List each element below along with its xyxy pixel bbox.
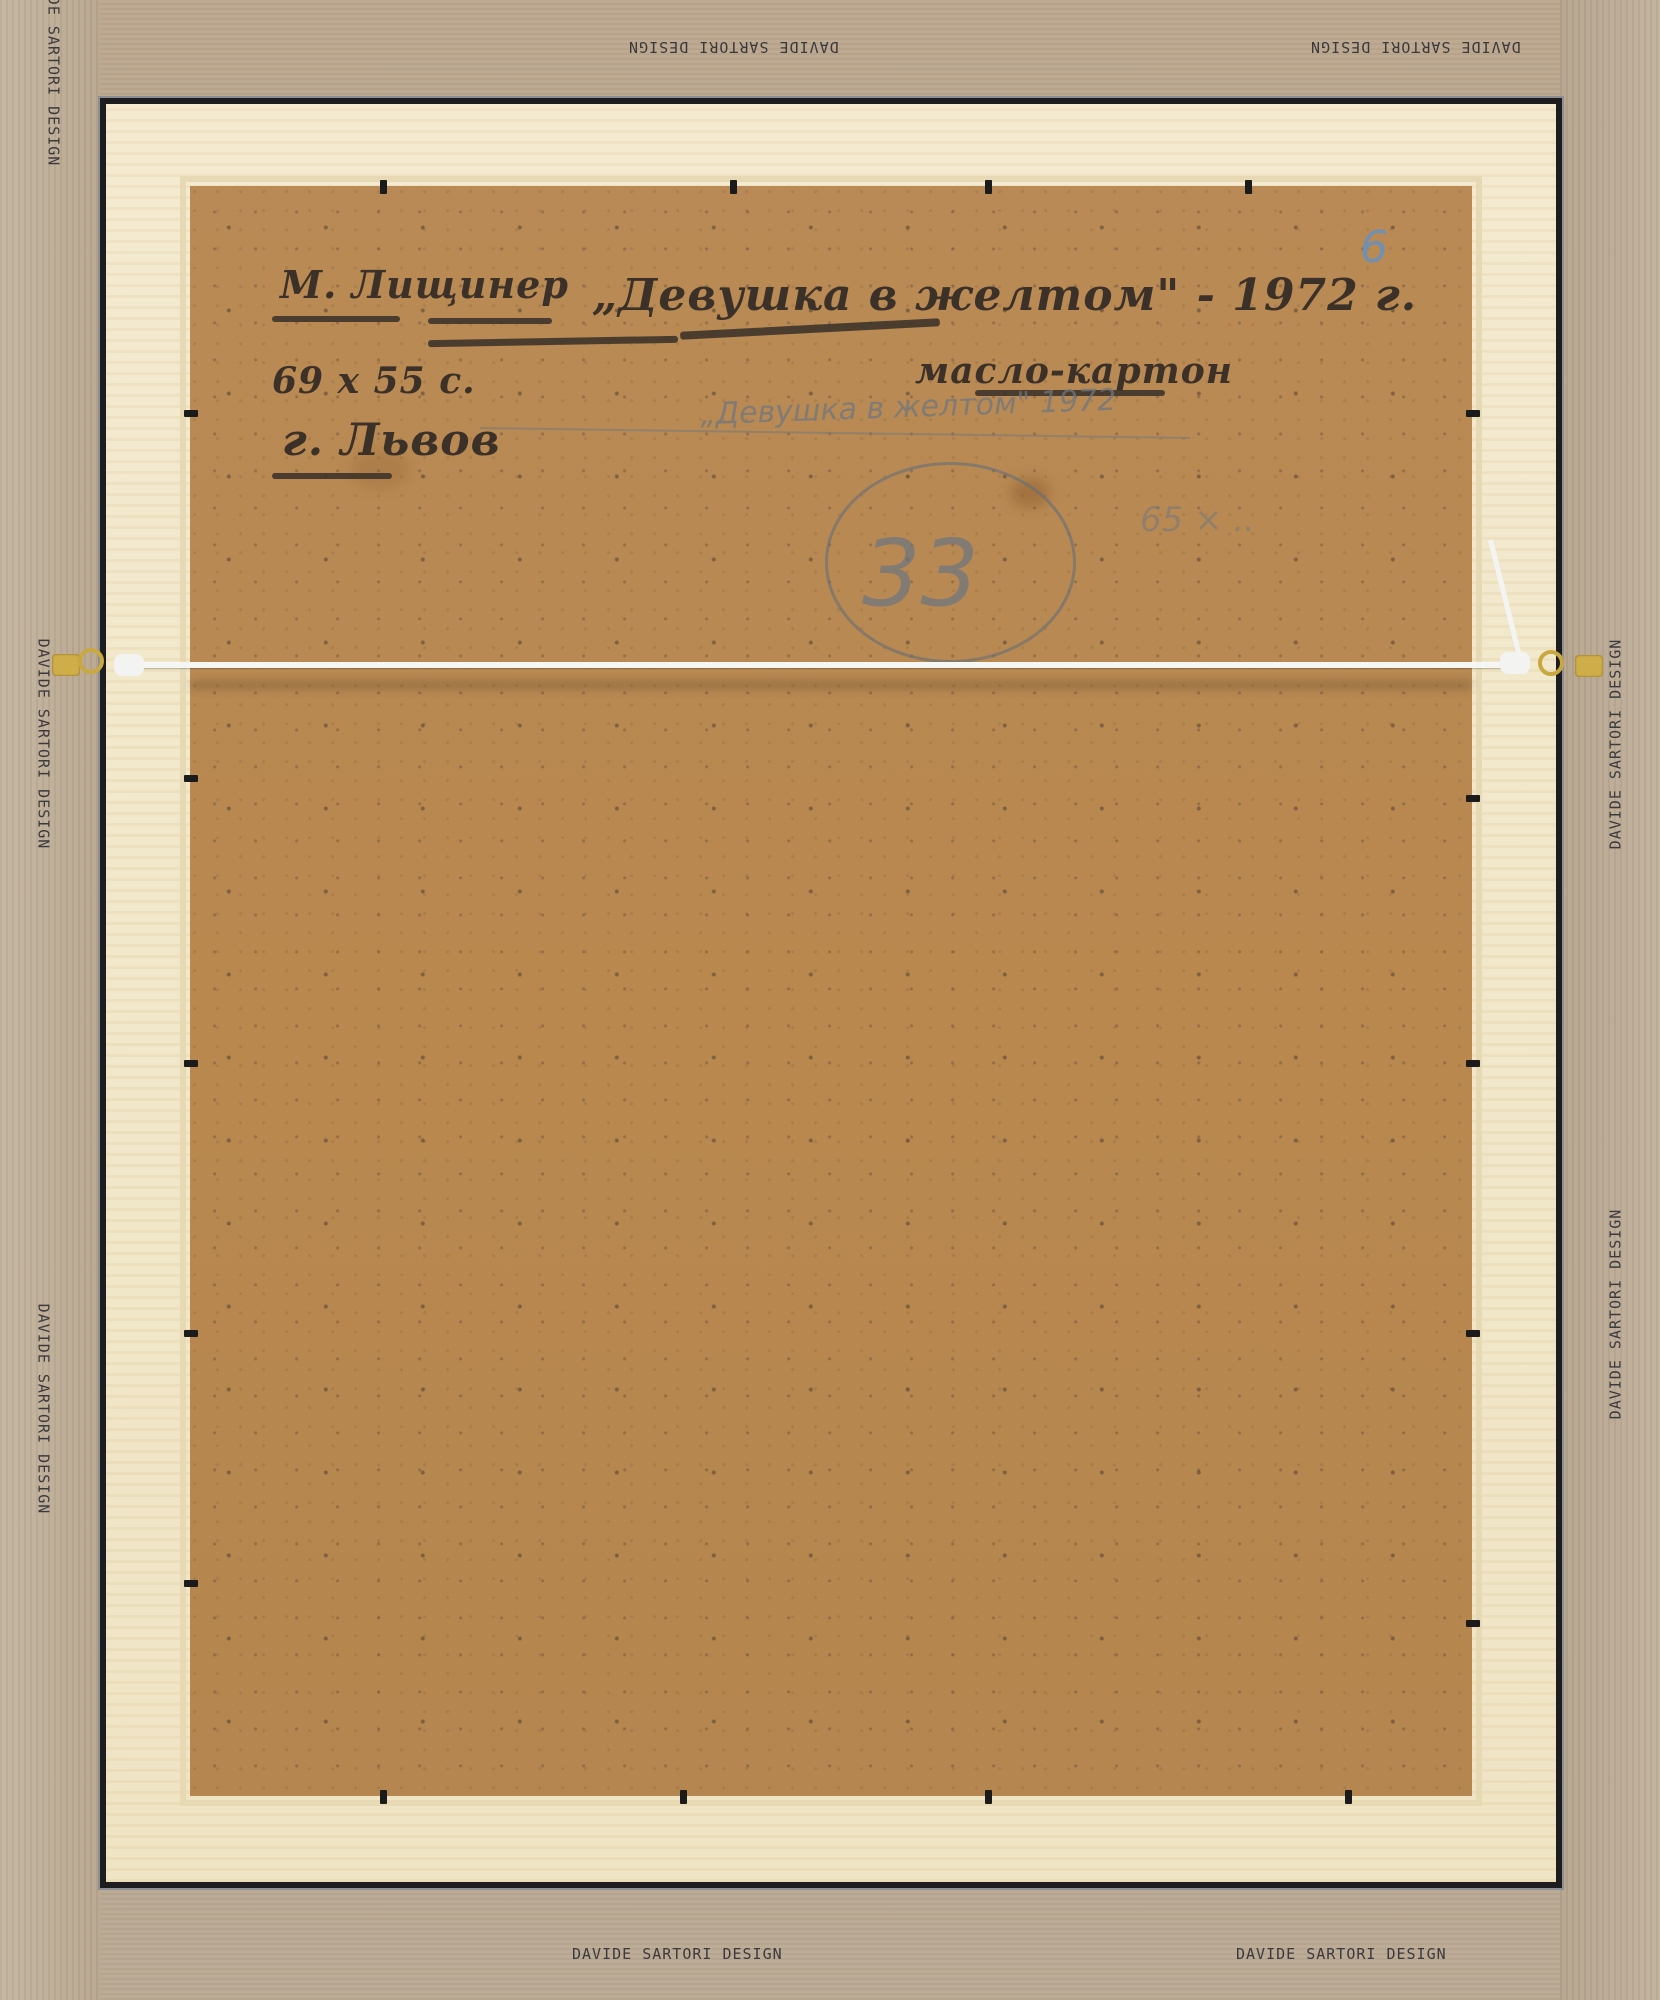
circled-number: 33 — [862, 520, 979, 627]
frame-stamp-left-upper: DAVIDE SARTORI DESIGN — [34, 639, 52, 850]
retaining-clip — [1466, 795, 1480, 802]
retaining-clip — [184, 1580, 198, 1587]
d-ring-left — [78, 648, 104, 674]
d-ring-plate-right — [1575, 655, 1603, 677]
retaining-clip — [985, 1790, 992, 1804]
retaining-clip — [380, 180, 387, 194]
frame-stamp-top-left: DAVIDE SARTORI DESIGN — [44, 0, 62, 166]
city-inscription: г. Львов — [282, 415, 500, 466]
d-ring-plate-left — [52, 654, 80, 676]
blue-crayon-number: 6 — [1360, 222, 1388, 273]
retaining-clip — [184, 775, 198, 782]
retaining-clip — [1466, 1620, 1480, 1627]
size-inscription: 69 x 55 с. — [272, 360, 476, 402]
hanging-wire — [140, 662, 1520, 668]
frame-stamp-bottom-right: DAVIDE SARTORI DESIGN — [1236, 1945, 1447, 1963]
retaining-clip — [1345, 1790, 1352, 1804]
pencil-size-note: 65 × .. — [1140, 500, 1255, 540]
underline — [272, 316, 400, 322]
d-ring-right — [1538, 650, 1564, 676]
frame-left-rail — [0, 0, 100, 2000]
retaining-clip — [184, 1060, 198, 1067]
wire-knot-left — [114, 654, 144, 676]
frame-right-rail — [1560, 0, 1660, 2000]
retaining-clip — [1466, 1060, 1480, 1067]
frame-stamp-right-upper: DAVIDE SARTORI DESIGN — [1606, 639, 1624, 850]
wire-shadow — [190, 680, 1472, 690]
retaining-clip — [730, 180, 737, 194]
frame-stamp-top-center: DAVIDE SARTORI DESIGN — [628, 38, 839, 56]
retaining-clip — [184, 410, 198, 417]
retaining-clip — [1245, 180, 1252, 194]
frame-stamp-top-right: DAVIDE SARTORI DESIGN — [1310, 38, 1521, 56]
wire-knot-right — [1500, 652, 1530, 674]
frame-stamp-left-lower: DAVIDE SARTORI DESIGN — [34, 1304, 52, 1515]
title-inscription: „Девушка в желтом" - 1972 г. — [592, 270, 1417, 321]
retaining-clip — [985, 180, 992, 194]
retaining-clip — [1466, 1330, 1480, 1337]
retaining-clip — [184, 1330, 198, 1337]
frame-stamp-right-lower: DAVIDE SARTORI DESIGN — [1606, 1209, 1624, 1420]
artist-name-inscription: М. Лищинер — [280, 262, 569, 307]
frame-stamp-bottom-left: DAVIDE SARTORI DESIGN — [572, 1945, 783, 1963]
retaining-clip — [680, 1790, 687, 1804]
retaining-clip — [1466, 410, 1480, 417]
retaining-clip — [380, 1790, 387, 1804]
underline — [272, 473, 392, 479]
underline — [428, 318, 552, 324]
